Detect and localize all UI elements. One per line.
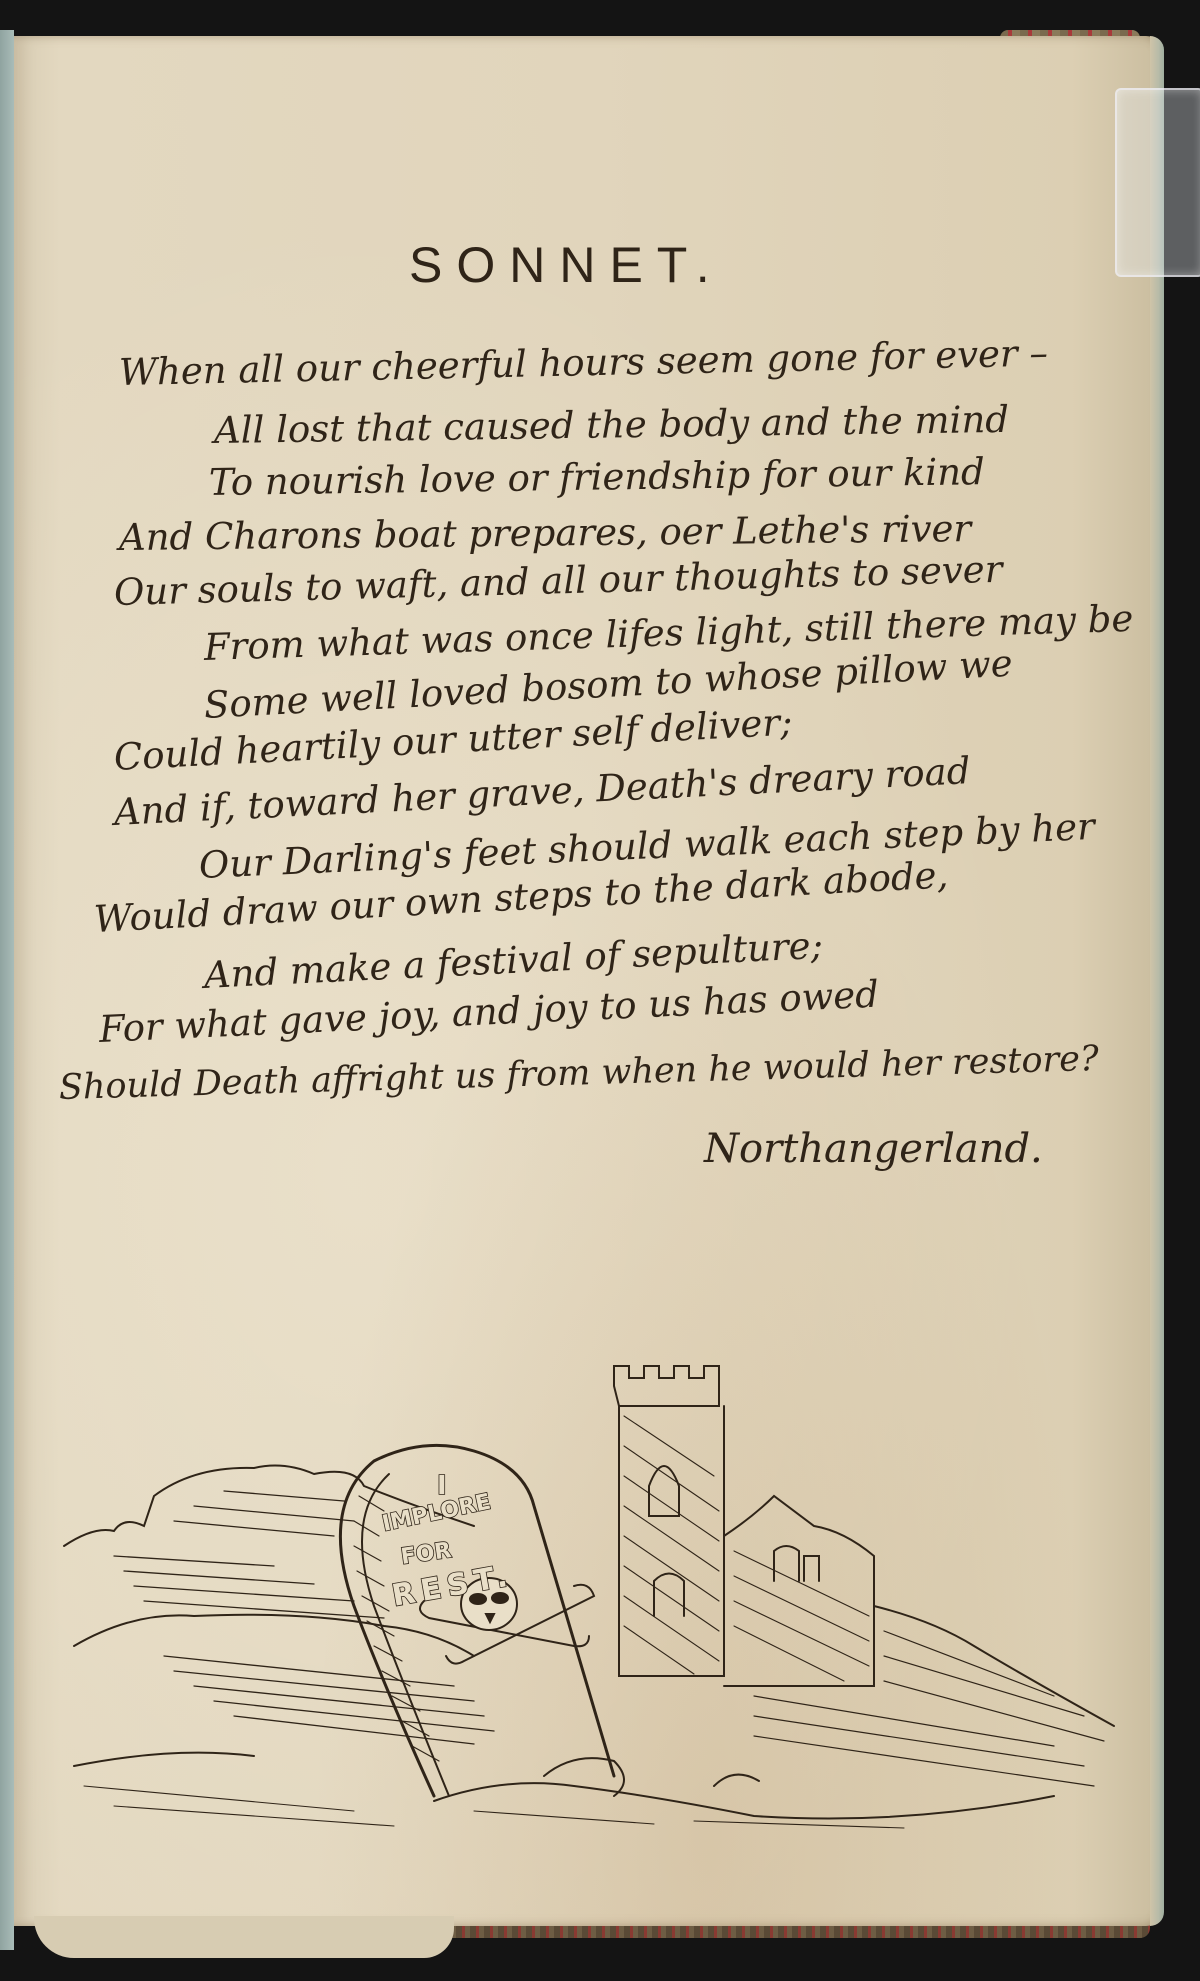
poem-line: All lost that caused the body and the mi… [214,398,1010,452]
manuscript-page: SONNET. When all our cheerful hours seem… [14,36,1164,1926]
poem-title: SONNET. [409,236,724,294]
svg-text:I: I [437,1471,447,1501]
graveyard-illustration: I IMPLORE FOR REST. [54,1356,1134,1836]
epitaph-inscription: I IMPLORE FOR REST. [380,1471,516,1614]
poem-line: When all our cheerful hours seem gone fo… [119,332,1049,394]
signature: Northangerland. [704,1126,1043,1172]
torn-page-corner [34,1916,454,1958]
poem-line: Should Death affright us from when he wo… [58,1039,1099,1108]
page-edge [1150,36,1164,1926]
book-spine-edge [0,30,14,1950]
poem-line: To nourish love or friendship for our ki… [209,450,985,504]
archival-tape-strip [1115,88,1200,277]
svg-text:FOR: FOR [399,1538,453,1570]
